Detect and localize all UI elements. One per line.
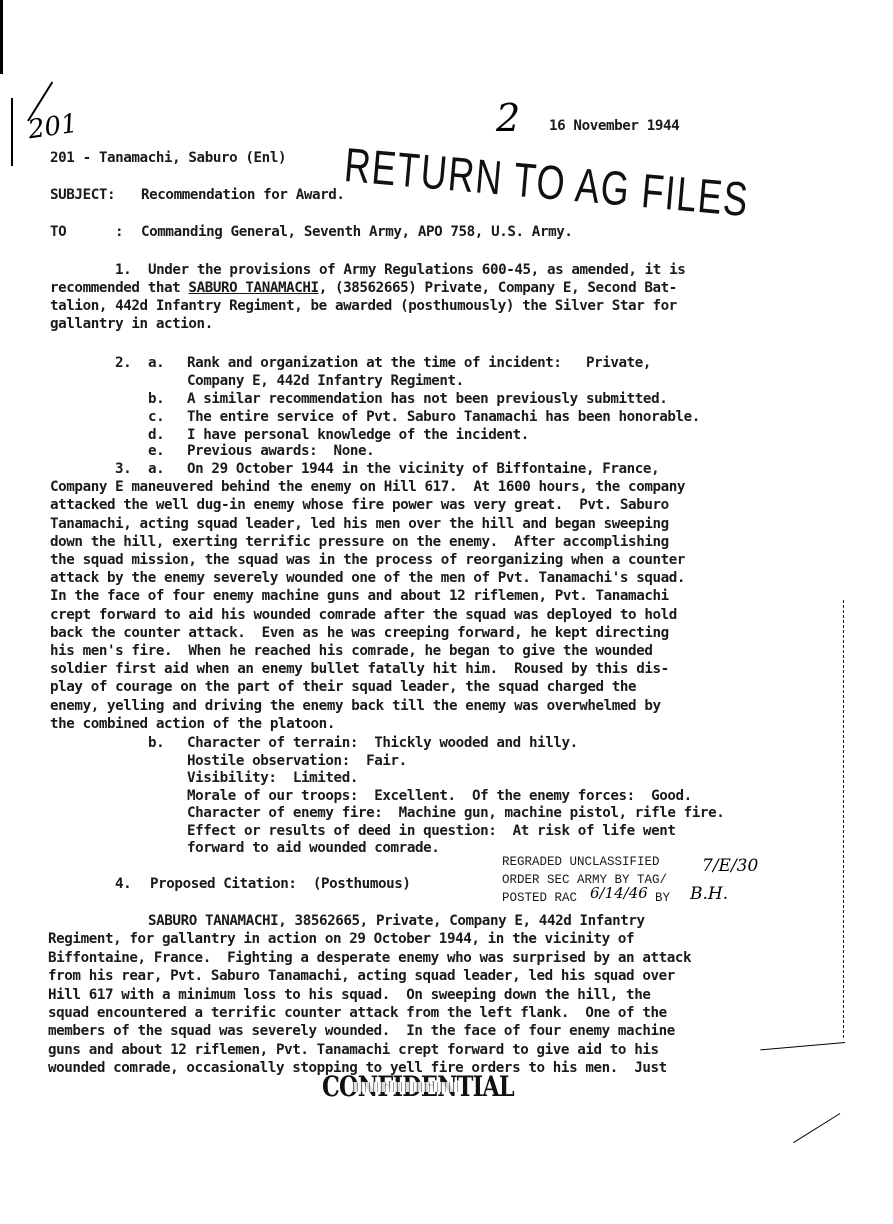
pen-mark: [793, 1113, 840, 1143]
item-letter: c.: [148, 409, 164, 427]
text-line: the squad mission, the squad was in the …: [50, 552, 685, 570]
text-line: In the face of four enemy machine guns a…: [50, 588, 669, 606]
paragraph-number: 2.: [115, 355, 131, 373]
regrade-line: REGRADED UNCLASSIFIED: [502, 853, 660, 871]
text-line: Hill 617 with a minimum loss to his squa…: [48, 987, 650, 1005]
text-line: A similar recommendation has not been pr…: [187, 391, 667, 409]
scan-edge-mark: [0, 0, 3, 74]
paragraph-number: 3.: [115, 461, 131, 479]
handwritten-code: 7/E/30: [702, 856, 758, 876]
text-line: Character of enemy fire: Machine gun, ma…: [187, 805, 724, 823]
subject-text: Recommendation for Award.: [141, 187, 345, 205]
text-line: his men's fire. When he reached his comr…: [50, 643, 652, 661]
text-line: talion, 442d Infantry Regiment, be award…: [50, 298, 677, 316]
to-recipient: Commanding General, Seventh Army, APO 75…: [141, 224, 573, 242]
text-line: members of the squad was severely wounde…: [48, 1023, 675, 1041]
subject-label: SUBJECT:: [50, 187, 115, 205]
text-line: guns and about 12 riflemen, Pvt. Tanamac…: [48, 1042, 659, 1060]
paragraph-number: 4.: [115, 876, 131, 894]
stamp-strikethrough: [350, 1082, 460, 1092]
document-date: 16 November 1944: [549, 118, 679, 136]
text-line: enemy, yelling and driving the enemy bac…: [50, 698, 661, 716]
proposed-citation-heading: Proposed Citation: (Posthumous): [150, 876, 411, 894]
text-line: from his rear, Pvt. Saburo Tanamachi, ac…: [48, 968, 675, 986]
right-margin-rule: [843, 600, 845, 1038]
text-line: Rank and organization at the time of inc…: [187, 355, 651, 373]
pen-mark: [760, 1042, 845, 1050]
text-line: The entire service of Pvt. Saburo Tanama…: [187, 409, 700, 427]
text-line: SABURO TANAMACHI, 38562665, Private, Com…: [148, 913, 645, 931]
to-colon: :: [115, 224, 123, 242]
text-line: gallantry in action.: [50, 316, 213, 334]
item-letter: b.: [148, 391, 164, 409]
text-line: recommended that SABURO TANAMACHI, (3856…: [50, 280, 677, 298]
text-line: the combined action of the platoon.: [50, 716, 335, 734]
regrade-line: POSTED RAC: [502, 889, 585, 907]
text-line: play of courage on the part of their squ…: [50, 679, 636, 697]
text-line: attacked the well dug-in enemy whose fir…: [50, 497, 669, 515]
soldier-name: SABURO TANAMACHI: [188, 280, 318, 296]
text-line: Visibility: Limited.: [187, 770, 358, 788]
return-to-ag-files-stamp: RETURN TO AG FILES: [342, 138, 751, 228]
text-fragment: , (38562665) Private, Company E, Second …: [319, 280, 677, 296]
item-letter: a.: [148, 355, 164, 373]
text-line: Company E, 442d Infantry Regiment.: [187, 373, 464, 391]
handwritten-date: 6/14/46: [590, 884, 648, 902]
text-line: squad encountered a terrific counter att…: [48, 1005, 667, 1023]
text-fragment: recommended that: [50, 280, 188, 296]
to-label: TO: [50, 224, 66, 242]
item-letter: b.: [148, 735, 164, 753]
text-line: Tanamachi, acting squad leader, led his …: [50, 516, 669, 534]
text-line: Biffontaine, France. Fighting a desperat…: [48, 950, 691, 968]
paragraph-number: 1.: [115, 262, 131, 280]
handwritten-page-number: 2: [496, 96, 520, 140]
item-letter: e.: [148, 443, 164, 461]
text-line: crept forward to aid his wounded comrade…: [50, 607, 677, 625]
handwritten-initials: B.H.: [690, 884, 728, 904]
text-line: Regiment, for gallantry in action on 29 …: [48, 931, 634, 949]
text-line: attack by the enemy severely wounded one…: [50, 570, 685, 588]
text-line: On 29 October 1944 in the vicinity of Bi…: [187, 461, 659, 479]
text-line: back the counter attack. Even as he was …: [50, 625, 669, 643]
text-line: Hostile observation: Fair.: [187, 753, 407, 771]
text-line: Effect or results of deed in question: A…: [187, 823, 676, 841]
handwritten-file-number: 201: [26, 109, 79, 146]
text-line: Under the provisions of Army Regulations…: [148, 262, 685, 280]
text-line: Company E maneuvered behind the enemy on…: [50, 479, 685, 497]
text-line: Previous awards: None.: [187, 443, 374, 461]
text-line: forward to aid wounded comrade.: [187, 840, 439, 858]
text-line: Morale of our troops: Excellent. Of the …: [187, 788, 692, 806]
by-label: BY: [655, 889, 670, 907]
text-line: down the hill, exerting terrific pressur…: [50, 534, 669, 552]
item-letter: a.: [148, 461, 164, 479]
document-page: 201 2 16 November 1944 201 - Tanamachi, …: [0, 0, 893, 1224]
text-line: Character of terrain: Thickly wooded and…: [187, 735, 578, 753]
text-line: soldier first aid when an enemy bullet f…: [50, 661, 669, 679]
margin-rule: [11, 98, 13, 166]
file-line: 201 - Tanamachi, Saburo (Enl): [50, 150, 286, 168]
